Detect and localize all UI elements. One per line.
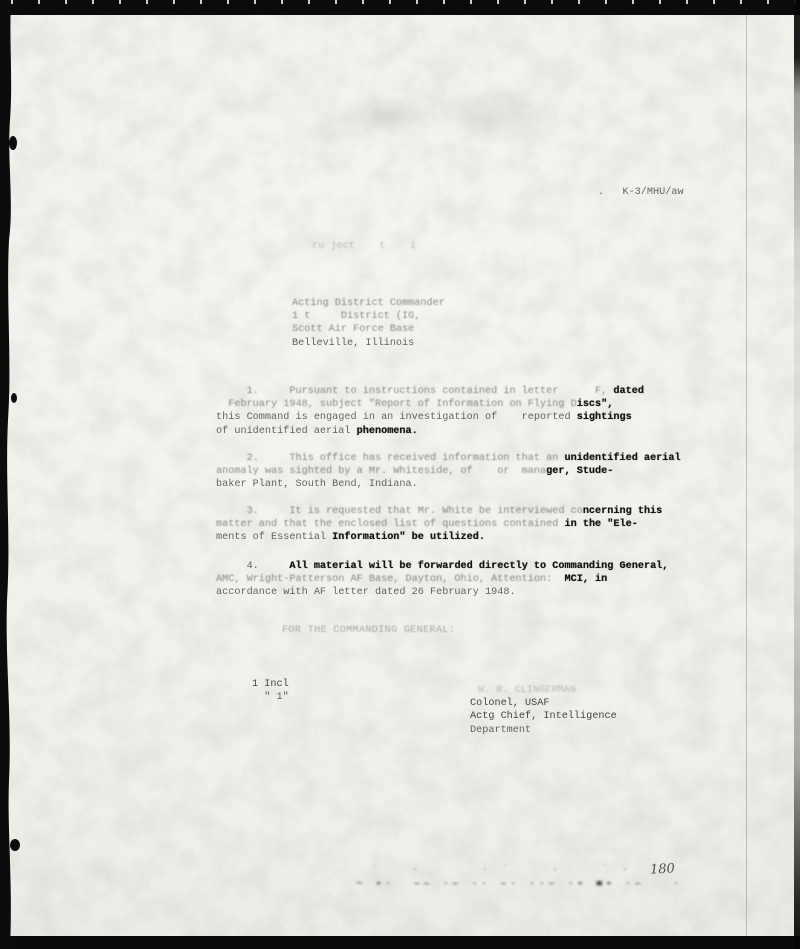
film-edge-right [794,0,800,949]
paragraph-2: 2. This office has received information … [216,452,681,492]
text-fragment: MCI, in [564,573,607,586]
address-line: Acting District Commander [292,297,445,310]
text-line: ments of Essential Information" be utili… [216,531,662,544]
enclosure-line: 1 Incl [252,678,289,691]
page-number: 180 [650,861,676,877]
text-fragment: Information" be utilized. [332,531,485,544]
paragraph-3: 3. It is requested that Mr. White be int… [216,505,662,545]
text-fragment: unidentified aerial [564,452,680,465]
text-fragment: 2. This office has received information … [216,452,564,465]
address-line: Scott Air Force Base [292,323,445,336]
text-fragment: ncerning this [583,505,662,518]
stamp-smudge: ~ ▪· –– ·– ·· –· ··– ·▪ ■▪ ·– · [356,879,682,890]
text-line: anomaly was sighted by a Mr. Whiteside, … [216,465,681,478]
paragraph-4: 4. All material will be forwarded direct… [216,560,668,600]
text-fragment: this Command is engaged in an investigat… [216,411,577,424]
subject-line: ru ject t i [312,240,416,253]
text-fragment: AMC, Wright-Patterson AF Base, Dayton, O… [216,573,564,586]
address-block: Acting District Commander 1 t District (… [292,297,445,350]
signature-rank: Colonel, USAF [470,697,617,710]
text-fragment: 4. [216,560,289,573]
text-fragment: iscs", [577,398,614,411]
text-fragment: ments of Essential [216,531,332,544]
text-fragment: All material will be forwarded directly … [289,560,668,573]
text-line: 2. This office has received information … [216,452,681,465]
text-fragment: matter and that the enclosed list of que… [216,518,564,531]
text-fragment: phenomena. [357,425,418,438]
address-line: Belleville, Illinois [292,337,445,350]
text-line: this Command is engaged in an investigat… [216,411,644,424]
reference-number: . K-3/MHU/aw [598,186,684,199]
text-line: matter and that the enclosed list of que… [216,518,662,531]
text-fragment: 3. It is requested that Mr. White be int… [216,505,583,518]
scanned-letter-page: . K-3/MHU/aw ru ject t i Acting District… [0,0,800,949]
text-fragment: of unidentified aerial [216,425,357,438]
text-line: 3. It is requested that Mr. White be int… [216,505,662,518]
enclosure-line: " 1" [252,691,289,704]
enclosure-block: 1 Incl " 1" [252,678,289,704]
text-fragment: 1. Pursuant to instructions contained in… [216,385,613,398]
text-line: baker Plant, South Bend, Indiana. [216,478,681,491]
signature-name: W. R. CLINGERMAN [478,684,617,697]
closing-line: FOR THE COMMANDING GENERAL: [282,624,455,637]
text-fragment: anomaly was sighted by a Mr. Whiteside, … [216,465,546,478]
signature-title: Actg Chief, Intelligence [470,710,617,723]
text-fragment: February 1948, subject "Report of Inform… [216,398,577,411]
text-fragment: baker Plant, South Bend, Indiana. [216,478,418,491]
film-edge-bottom [0,936,800,949]
signature-block: W. R. CLINGERMAN Colonel, USAF Actg Chie… [470,684,617,737]
signature-dept: Department [470,724,617,737]
text-fragment: in the "Ele- [564,518,637,531]
text-fragment: dated [613,385,644,398]
paragraph-1: 1. Pursuant to instructions contained in… [216,385,644,438]
text-line: AMC, Wright-Patterson AF Base, Dayton, O… [216,573,668,586]
text-line: 1. Pursuant to instructions contained in… [216,385,644,398]
film-edge-top [0,0,800,15]
text-line: accordance with AF letter dated 26 Febru… [216,586,668,599]
letter-content: . K-3/MHU/aw ru ject t i Acting District… [0,0,800,949]
address-line: 1 t District (IG, [292,310,445,323]
text-fragment: sightings [577,411,632,424]
text-fragment: accordance with AF letter dated 26 Febru… [216,586,516,599]
stamp-smudge: ˙ · · ˙ · ˙ · [372,864,632,877]
text-line: of unidentified aerial phenomena. [216,425,644,438]
torn-edge-left [0,0,20,949]
text-line: 4. All material will be forwarded direct… [216,560,668,573]
text-fragment: ger, Stude- [546,465,613,478]
text-line: February 1948, subject "Report of Inform… [216,398,644,411]
